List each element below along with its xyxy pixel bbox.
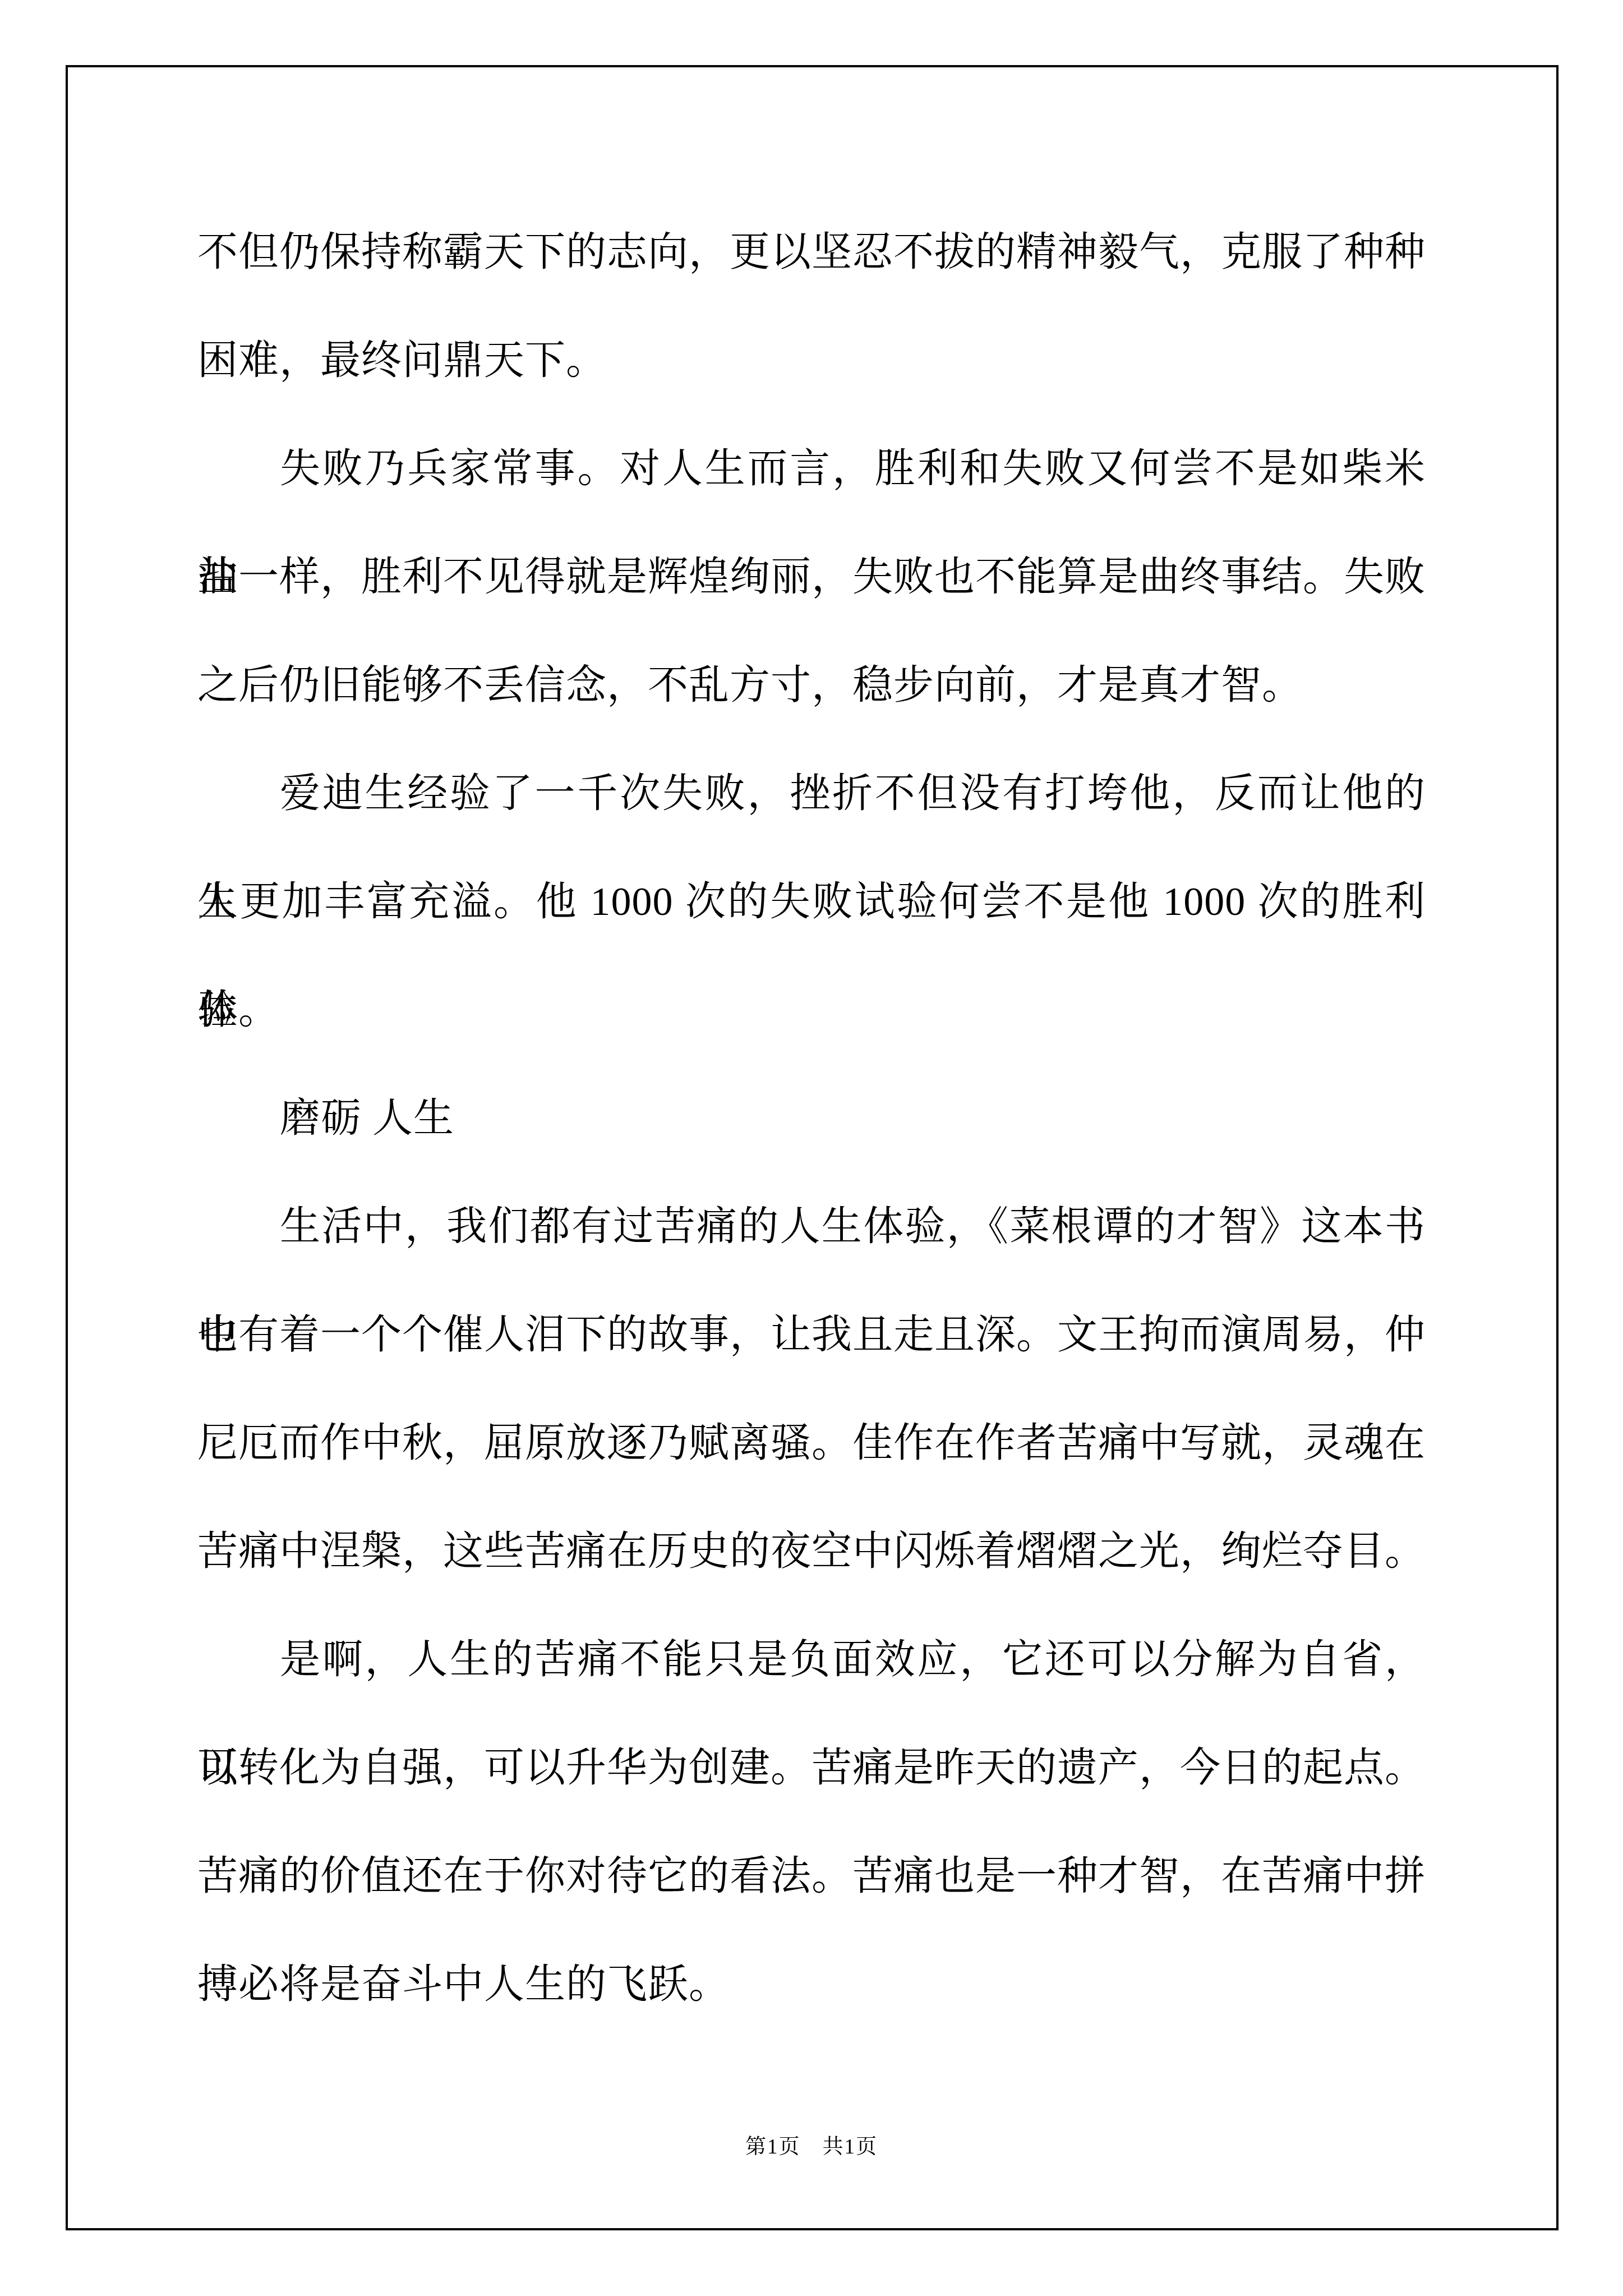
text-line: 苦痛中涅槃，这些苦痛在历史的夜空中闪烁着熠熠之光，绚烂夺目。 bbox=[197, 1497, 1426, 1605]
text-line: 盐一样，胜利不见得就是辉煌绚丽，失败也不能算是曲终事结。失败 bbox=[197, 523, 1426, 631]
text-line: 之后仍旧能够不丢信念，不乱方寸，稳步向前，才是真才智。 bbox=[197, 631, 1426, 739]
document-body: 不但仍保持称霸天下的志向，更以坚忍不拔的精神毅气，克服了种种困难，最终问鼎天下。… bbox=[197, 198, 1426, 2039]
text-line: 也有着一个个催人泪下的故事，让我且走且深。文王拘而演周易，仲 bbox=[197, 1281, 1426, 1389]
text-line: 爱迪生经验了一千次失败，挫折不但没有打垮他，反而让他的人 bbox=[197, 739, 1426, 848]
text-line: 不但仍保持称霸天下的志向，更以坚忍不拔的精神毅气，克服了种种 bbox=[197, 198, 1426, 306]
text-line: 苦痛的价值还在于你对待它的看法。苦痛也是一种才智，在苦痛中拼 bbox=[197, 1822, 1426, 1930]
text-line: 生活中，我们都有过苦痛的人生体验，《菜根谭的才智》这本书中 bbox=[197, 1172, 1426, 1281]
text-line: 尼厄而作中秋，屈原放逐乃赋离骚。佳作在作者苦痛中写就，灵魂在 bbox=[197, 1389, 1426, 1497]
page-footer: 第1页 共1页 bbox=[0, 2129, 1623, 2160]
text-line: 失败乃兵家常事。对人生而言，胜利和失败又何尝不是如柴米油 bbox=[197, 415, 1426, 523]
text-line: 磨砺 人生 bbox=[197, 1064, 1426, 1172]
text-line: 生更加丰富充溢。他 1000 次的失败试验何尝不是他 1000 次的胜利体 bbox=[197, 848, 1426, 956]
text-line: 以转化为自强，可以升华为创建。苦痛是昨天的遗产，今日的起点。 bbox=[197, 1714, 1426, 1822]
text-line: 搏必将是奋斗中人生的飞跃。 bbox=[197, 1930, 1426, 2039]
text-line: 困难，最终问鼎天下。 bbox=[197, 306, 1426, 415]
text-line: 是啊，人生的苦痛不能只是负面效应，它还可以分解为自省，可 bbox=[197, 1605, 1426, 1714]
text-line: 验。 bbox=[197, 956, 1426, 1064]
